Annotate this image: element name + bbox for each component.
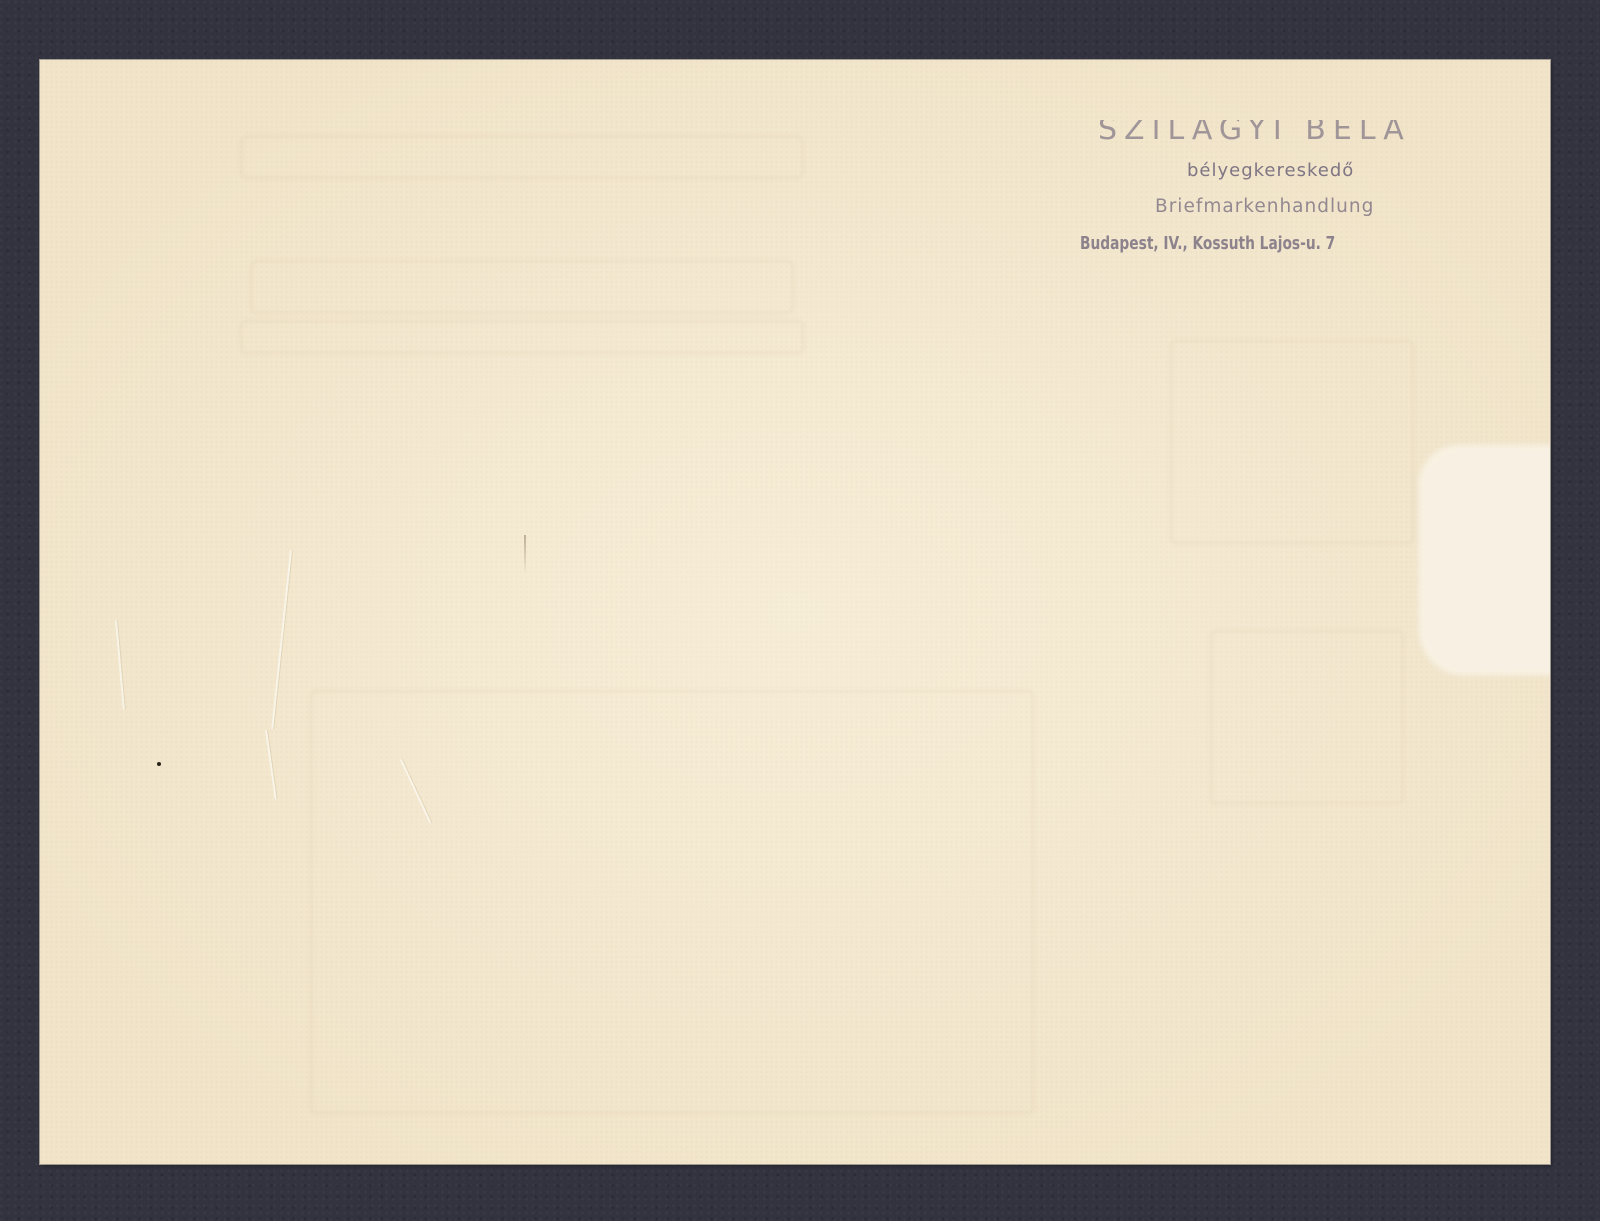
foxing-mark [524, 535, 526, 575]
embossed-show-through-stamp-upper [1170, 340, 1414, 544]
dealer-address: Budapest, IV., Kossuth Lajos-u. 7 [1080, 233, 1335, 254]
hinge-remnant-patch [1419, 445, 1550, 675]
embossed-show-through-title [250, 260, 794, 314]
paper-crease [271, 550, 292, 729]
dealer-title-hungarian: bélyegkereskedő [1187, 160, 1354, 181]
paper-crease [115, 620, 125, 710]
embossed-show-through-subtitle [240, 320, 804, 354]
embossed-show-through-top [240, 135, 804, 179]
dealer-name: SZILÁGYI BÉLA [1098, 120, 1411, 147]
ink-dot [157, 762, 161, 766]
embossed-show-through-main-stamp [310, 690, 1034, 1114]
stamp-sheet-paper: SZILÁGYI BÉLA bélyegkereskedő Briefmarke… [40, 60, 1550, 1164]
dealer-title-german: Briefmarkenhandlung [1155, 196, 1374, 217]
dealer-handstamp: SZILÁGYI BÉLA bélyegkereskedő Briefmarke… [1080, 120, 1500, 270]
embossed-show-through-stamp-lower [1210, 630, 1404, 804]
paper-crease [265, 730, 277, 800]
